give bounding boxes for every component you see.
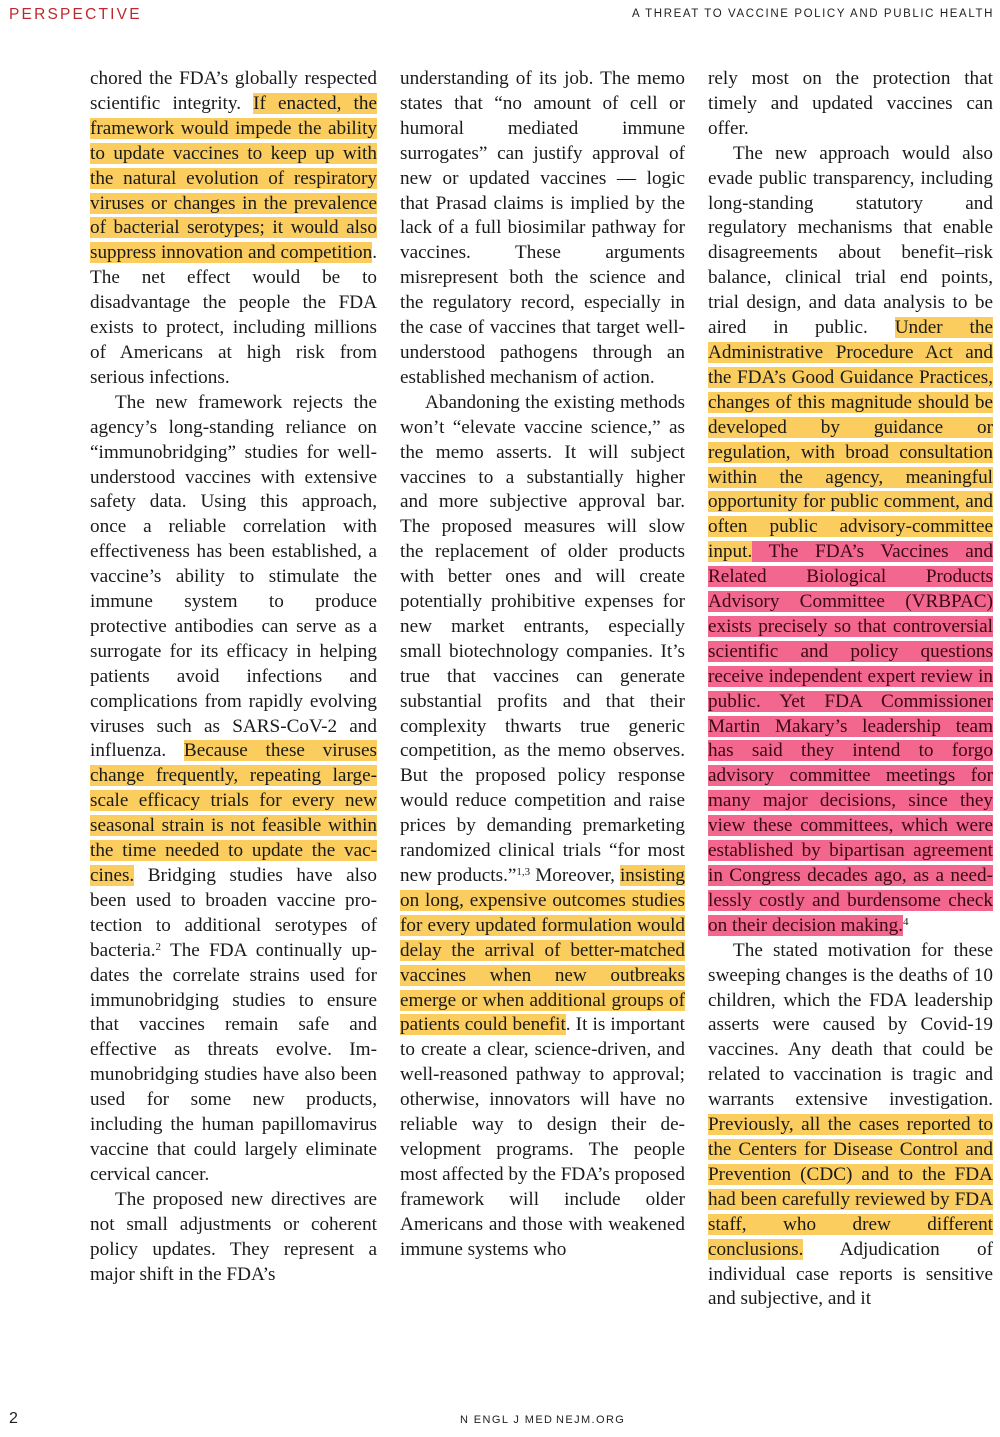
page-footer: 2 N ENGL J MED NEJM.ORG <box>0 1410 1000 1430</box>
journal-website: NEJM.ORG <box>556 1414 625 1426</box>
highlighted-text-yellow: insisting on long, expensive out­comes s… <box>400 865 685 1035</box>
paragraph: The proposed new directives are not smal… <box>90 1188 377 1288</box>
paragraph: understanding of its job. The memo state… <box>400 67 685 391</box>
text-column-2: understanding of its job. The memo state… <box>400 67 685 1263</box>
body-text: The new approach would also evade public… <box>708 143 993 338</box>
body-text: . It is important to create a clear, sci… <box>400 1014 685 1259</box>
body-text: . The net effect would be to disadvantag… <box>90 242 377 388</box>
highlighted-text-yellow: If enacted, the framework would impede t… <box>90 93 377 263</box>
paragraph: Abandoning the existing meth­ods won’t “… <box>400 391 685 1263</box>
citation-superscript: 4 <box>903 916 909 928</box>
running-head: PERSPECTIVE A THREAT TO VACCINE POLICY A… <box>0 6 1000 28</box>
body-text: Abandoning the existing meth­ods won’t “… <box>400 392 685 886</box>
text-column-1: chored the FDA’s globally respect­ed sci… <box>90 67 377 1287</box>
paragraph: chored the FDA’s globally respect­ed sci… <box>90 67 377 391</box>
body-text: The FDA continually up­dates the correla… <box>90 940 377 1185</box>
body-text: The stated motivation for these sweeping… <box>708 940 993 1110</box>
highlighted-text-yellow: Un­der the Administrative Procedure Act … <box>708 317 993 562</box>
body-text: The proposed new directives are not smal… <box>90 1189 377 1285</box>
paragraph: The new approach would also evade public… <box>708 142 993 939</box>
body-text: understanding of its job. The memo state… <box>400 68 685 388</box>
body-text: The new framework rejects the agency’s l… <box>90 392 377 762</box>
paragraph: The new framework rejects the agency’s l… <box>90 391 377 1188</box>
article-running-title: A THREAT TO VACCINE POLICY AND PUBLIC HE… <box>632 8 994 20</box>
body-text: rely most on the protection that timely … <box>708 68 993 139</box>
section-label: PERSPECTIVE <box>9 6 142 24</box>
page-number: 2 <box>9 1410 18 1428</box>
body-text: Moreover, <box>530 865 620 886</box>
citation-superscript: 1,3 <box>516 866 530 878</box>
paragraph: rely most on the protection that timely … <box>708 67 993 142</box>
journal-abbreviation: N ENGL J MED <box>460 1414 553 1426</box>
highlighted-text-pink: The FDA’s Vaccines and Related Biologica… <box>708 541 993 936</box>
paragraph: The stated motivation for these sweeping… <box>708 939 993 1313</box>
text-column-3: rely most on the protection that timely … <box>708 67 993 1312</box>
